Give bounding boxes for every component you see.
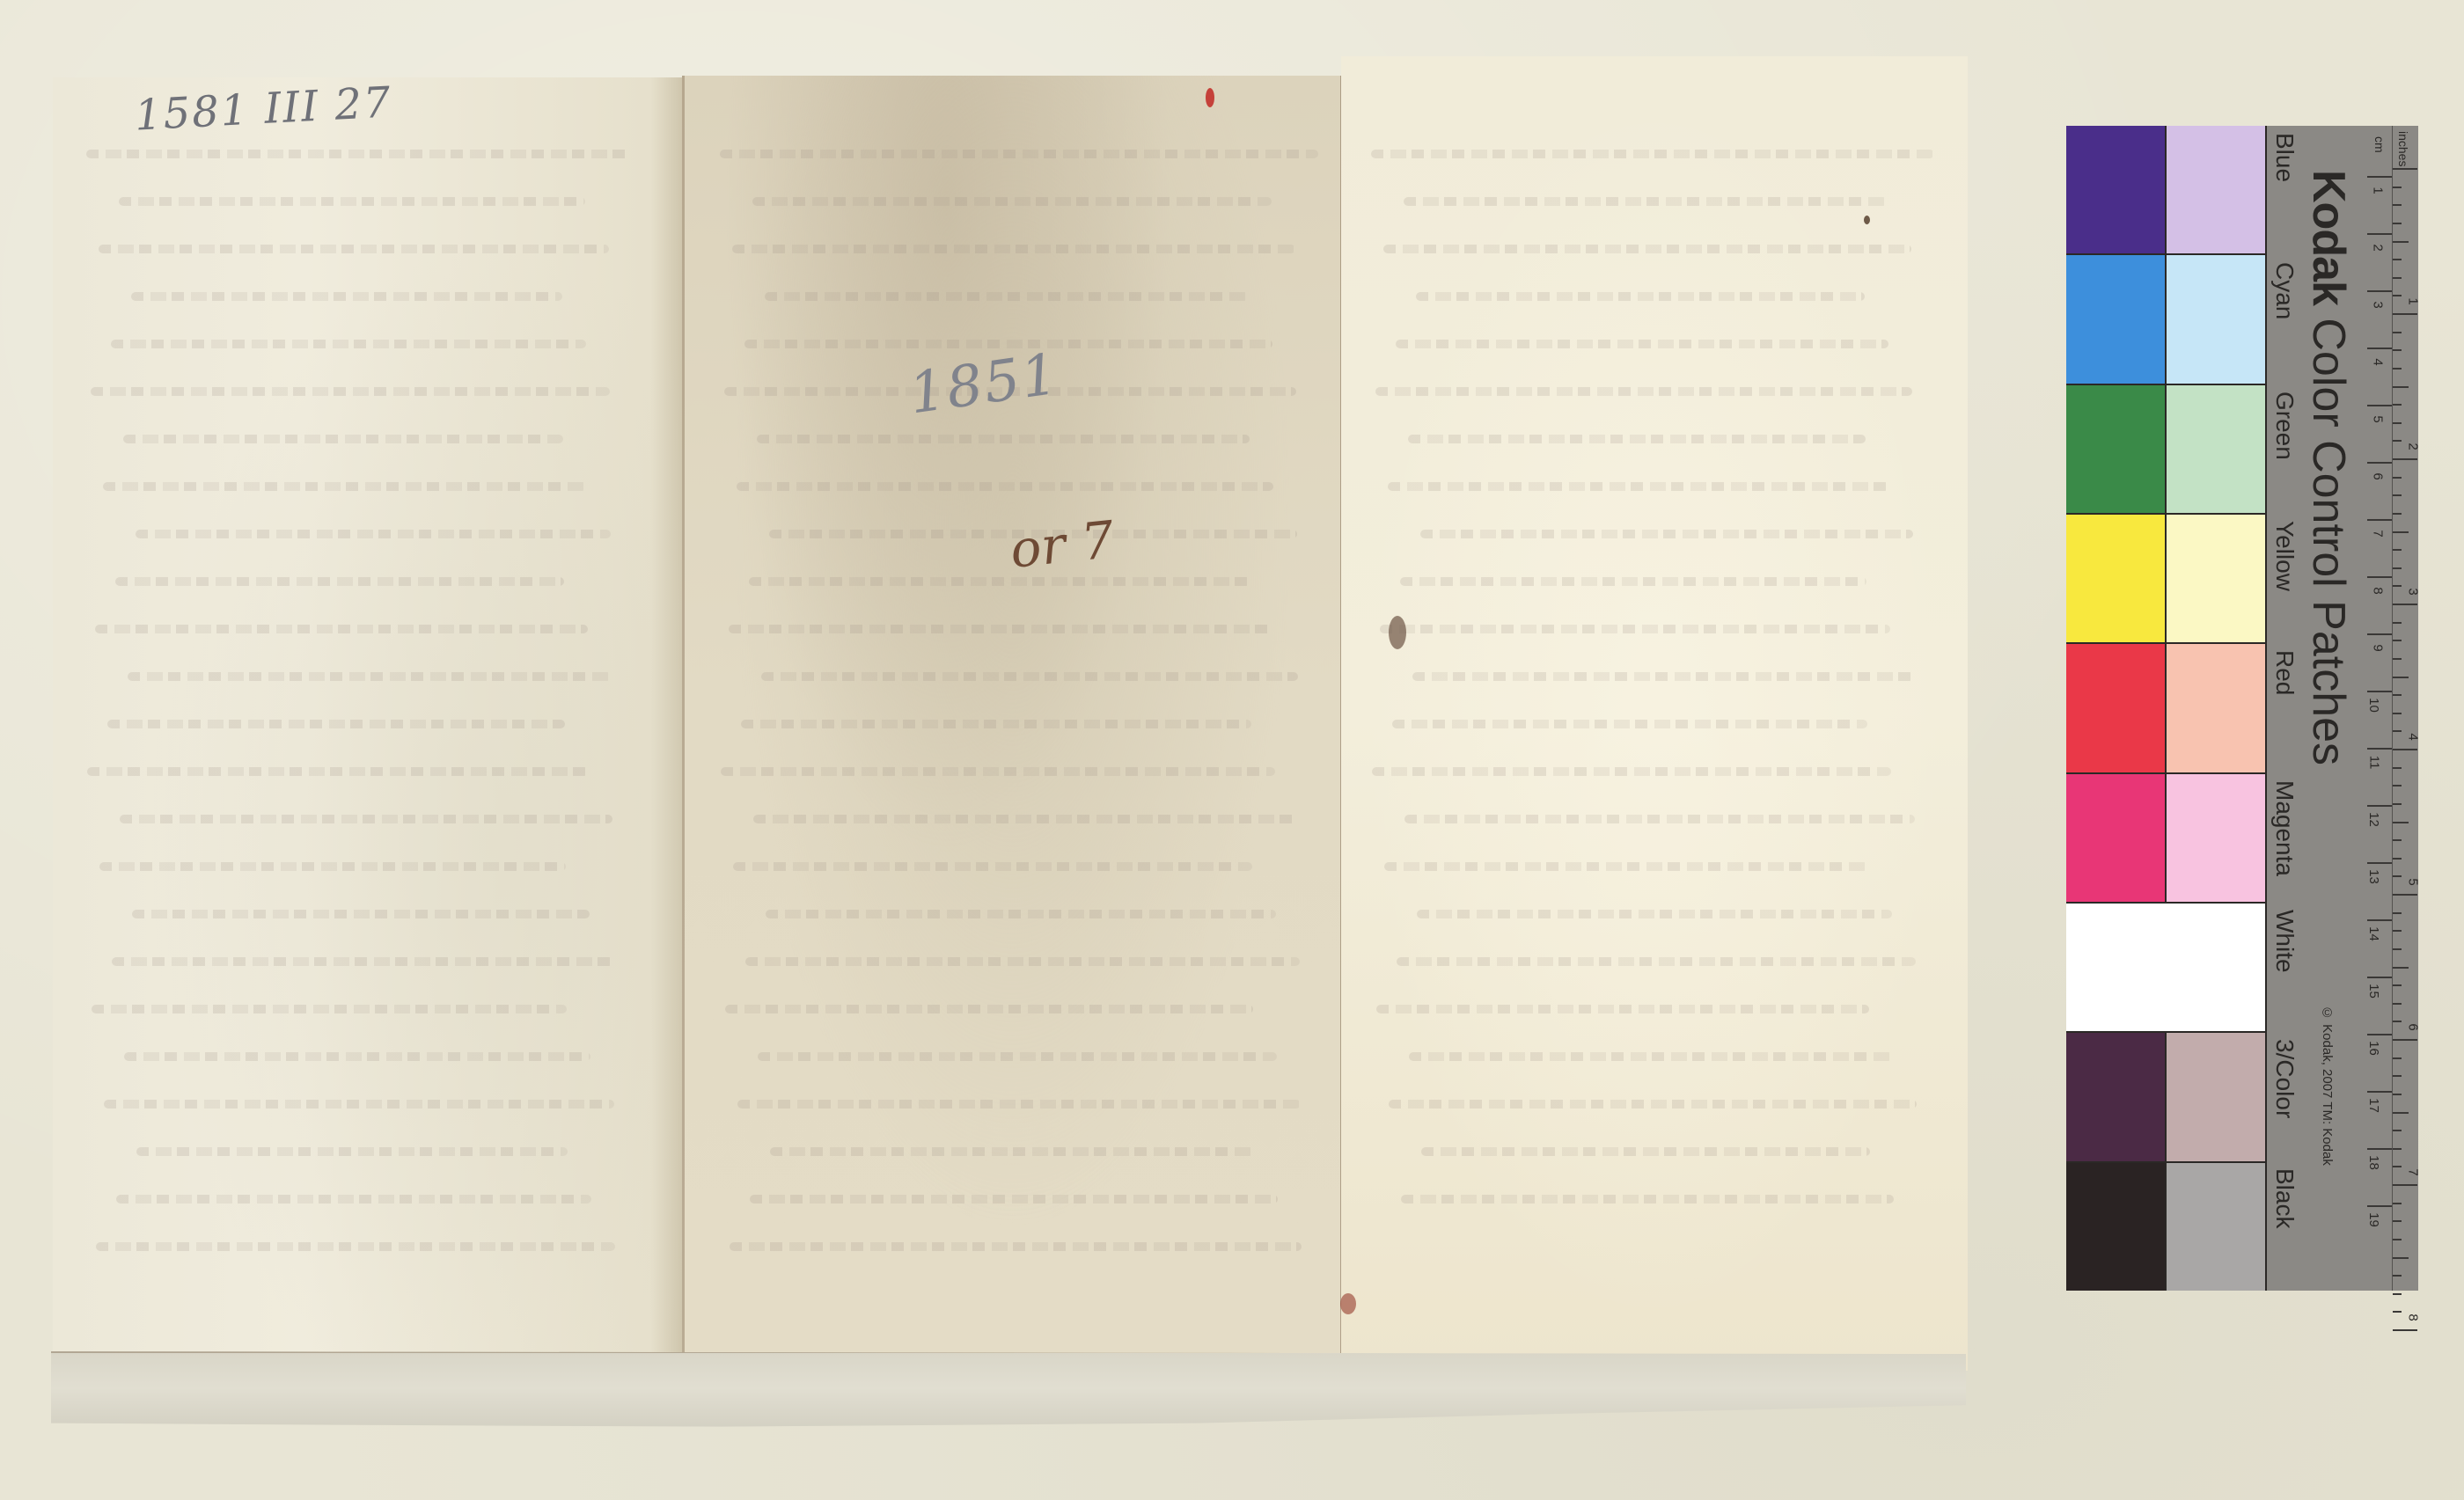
cm-tick <box>2367 1091 2392 1093</box>
inch-tick <box>2393 967 2409 969</box>
bleed-through-line <box>1375 387 1912 396</box>
cm-tick-label: 13 <box>2366 869 2381 884</box>
inch-tick-label: 5 <box>2405 878 2420 885</box>
inch-tick <box>2393 531 2409 533</box>
bleed-through-line <box>730 1242 1302 1251</box>
cm-tick-label: 17 <box>2366 1098 2381 1113</box>
bleed-through-line <box>1397 957 1916 966</box>
inch-tick <box>2393 549 2402 551</box>
inch-tick-label: 7 <box>2405 1168 2420 1175</box>
patch-black-light <box>2167 1163 2267 1291</box>
bleed-through-line <box>752 197 1272 206</box>
cm-tick <box>2367 862 2392 864</box>
inch-tick <box>2393 368 2402 370</box>
inch-tick-label: 2 <box>2405 443 2420 450</box>
patch-3-color-light <box>2167 1033 2267 1160</box>
bleed-through-line <box>92 1005 567 1013</box>
cm-tick <box>2367 919 2392 921</box>
parchment-middle-panel <box>682 76 1344 1353</box>
inch-tick <box>2393 1039 2417 1041</box>
cm-tick-label: 1 <box>2370 187 2385 194</box>
inch-tick <box>2393 658 2402 660</box>
patch-row-green <box>2066 385 2267 515</box>
inch-tick <box>2393 894 2417 896</box>
patch-blue-dark <box>2066 126 2167 253</box>
ink-note: or 7 <box>1008 509 1117 580</box>
bleed-through-line <box>1404 197 1888 206</box>
bleed-through-line <box>131 292 562 301</box>
inch-tick <box>2393 1148 2402 1150</box>
cm-tick <box>2367 348 2392 349</box>
bleed-through-line <box>107 720 565 728</box>
inch-tick <box>2393 839 2402 841</box>
bleed-through-line <box>1416 292 1865 301</box>
inch-tick <box>2393 767 2402 769</box>
bleed-through-line <box>136 530 611 538</box>
bleed-through-line <box>104 1100 614 1109</box>
inch-tick <box>2393 295 2402 296</box>
kodak-copyright: © Kodak, 2007 TM: Kodak <box>2320 1006 2335 1166</box>
patch-blue-light <box>2167 126 2267 253</box>
stain-bottom-red <box>1340 1293 1356 1314</box>
inch-tick <box>2393 1329 2417 1331</box>
cm-tick <box>2367 691 2392 692</box>
bleed-through-line <box>136 1147 568 1156</box>
inch-tick-label: 1 <box>2405 297 2420 304</box>
patch-label: 3/Color <box>2270 1039 2299 1118</box>
bleed-through-line <box>745 957 1300 966</box>
inch-tick <box>2393 1003 2402 1005</box>
patch-magenta-dark <box>2066 774 2167 902</box>
kodak-brand-title: Kodak Color Control Patches <box>2302 170 2355 765</box>
patch-row-3-color <box>2066 1033 2267 1162</box>
inch-tick <box>2393 713 2402 714</box>
inch-tick <box>2393 513 2402 515</box>
inch-tick-label: 6 <box>2405 1023 2420 1030</box>
cm-tick <box>2367 405 2392 406</box>
inch-tick <box>2393 1275 2402 1277</box>
kodak-color-control-strip: cm Kodak Color Control Patches © Kodak, … <box>2066 126 2418 1291</box>
patch-label: Green <box>2270 391 2299 460</box>
cm-tick <box>2367 977 2392 978</box>
stain-brown <box>1389 616 1406 649</box>
inch-tick <box>2393 1184 2417 1186</box>
bleed-through-line <box>757 435 1250 443</box>
cm-tick <box>2367 519 2392 521</box>
patch-cyan-dark <box>2066 255 2167 383</box>
bleed-through-line <box>1384 862 1868 871</box>
bleed-through-line <box>1388 482 1889 491</box>
parchment-bottom-fold-flap <box>51 1351 1966 1441</box>
bleed-through-line <box>1417 910 1892 918</box>
inch-tick <box>2393 567 2402 569</box>
inch-tick <box>2393 1220 2402 1222</box>
inch-tick <box>2393 259 2402 260</box>
bleed-through-line <box>116 1195 591 1204</box>
inch-tick <box>2393 1203 2402 1204</box>
patch-cyan-light <box>2167 255 2267 383</box>
bleed-through-line <box>721 767 1275 776</box>
patch-3-color-dark <box>2066 1033 2167 1160</box>
stain-red-wax <box>1206 88 1214 107</box>
inch-tick <box>2393 204 2402 206</box>
bleed-through-line <box>758 1052 1277 1061</box>
bleed-through-line <box>1404 815 1915 823</box>
cm-tick-label: 8 <box>2370 587 2385 594</box>
bleed-through-line <box>744 340 1272 348</box>
bleed-through-line <box>766 910 1276 918</box>
patch-green-dark <box>2066 385 2167 513</box>
inch-tick <box>2393 1130 2402 1131</box>
inch-tick <box>2393 948 2402 950</box>
inch-tick <box>2393 622 2402 624</box>
bleed-through-line <box>1408 435 1866 443</box>
bleed-through-line <box>1401 1195 1894 1204</box>
bleed-through-line <box>112 957 613 966</box>
patch-black-dark <box>2066 1163 2167 1291</box>
cm-tick-label: 14 <box>2366 926 2381 941</box>
inch-tick <box>2393 349 2402 351</box>
parchment-left-panel <box>53 77 682 1353</box>
patch-label: Magenta <box>2270 780 2299 876</box>
bleed-through-line <box>1383 245 1911 253</box>
inch-tick <box>2393 694 2402 696</box>
bleed-through-line <box>737 482 1273 491</box>
inch-tick <box>2393 494 2402 496</box>
cm-tick <box>2367 462 2392 464</box>
inches-unit-label: inches <box>2396 131 2410 166</box>
cm-tick <box>2367 1148 2392 1150</box>
inch-tick <box>2393 604 2417 605</box>
inch-tick <box>2393 458 2417 460</box>
inch-tick <box>2393 440 2402 442</box>
inch-tick <box>2393 404 2402 406</box>
cm-tick <box>2367 1205 2392 1207</box>
inch-tick <box>2393 1094 2402 1095</box>
inch-tick <box>2393 1239 2402 1240</box>
patch-row-blue <box>2066 126 2267 255</box>
cm-tick <box>2367 805 2392 807</box>
bleed-through-line <box>128 672 612 681</box>
bleed-through-line <box>1372 767 1891 776</box>
color-patch-grid <box>2066 126 2267 1291</box>
bleed-through-line <box>1420 530 1913 538</box>
inch-tick-label: 3 <box>2405 588 2420 595</box>
patch-row-red <box>2066 644 2267 773</box>
cm-tick <box>2367 633 2392 635</box>
inch-tick <box>2393 223 2402 224</box>
bleed-through-line <box>725 1005 1253 1013</box>
patch-label: Blue <box>2270 133 2299 182</box>
patch-row-magenta <box>2066 774 2267 904</box>
stain-dot <box>1864 216 1870 224</box>
inch-ruler: inches 12345678 <box>2393 126 2418 1291</box>
cm-tick <box>2367 1034 2392 1035</box>
cm-tick <box>2367 233 2392 235</box>
bleed-through-line <box>1409 1052 1893 1061</box>
cm-tick <box>2367 576 2392 578</box>
bleed-through-line <box>1400 577 1866 586</box>
cm-unit-label: cm <box>2372 136 2387 153</box>
inch-tick-label: 4 <box>2405 733 2420 740</box>
patch-red-dark <box>2066 644 2167 772</box>
patch-row-cyan <box>2066 255 2267 384</box>
bleed-through-line <box>749 577 1250 586</box>
inch-tick <box>2393 386 2409 388</box>
inch-tick <box>2393 1293 2402 1295</box>
inch-tick <box>2393 1166 2402 1167</box>
inch-tick <box>2393 730 2402 732</box>
bleed-through-line <box>720 150 1318 158</box>
bleed-through-line <box>99 245 609 253</box>
band-labels: cm Kodak Color Control Patches © Kodak, … <box>2267 126 2393 1291</box>
bleed-through-line <box>750 1195 1278 1204</box>
inch-tick <box>2393 875 2402 877</box>
parchment-document: 1581 III 27 1851 or 7 <box>51 53 1969 1443</box>
bleed-through-line <box>732 245 1295 253</box>
bleed-through-line <box>761 672 1298 681</box>
inch-tick <box>2393 1311 2402 1313</box>
cm-tick <box>2367 176 2392 178</box>
inch-tick <box>2393 1057 2402 1059</box>
bleed-through-line <box>111 340 586 348</box>
patch-green-light <box>2167 385 2267 513</box>
cm-tick-label: 12 <box>2366 812 2381 827</box>
cm-tick <box>2367 748 2392 750</box>
cm-tick-label: 3 <box>2370 301 2385 308</box>
cm-tick-label: 19 <box>2366 1212 2381 1227</box>
cm-tick-label: 16 <box>2366 1041 2381 1056</box>
inch-tick <box>2393 803 2402 805</box>
bleed-through-line <box>765 292 1249 301</box>
bleed-through-line <box>124 1052 590 1061</box>
bleed-through-line <box>1389 1100 1917 1109</box>
inch-tick <box>2393 332 2402 333</box>
inch-tick <box>2393 640 2402 641</box>
label-band: cm Kodak Color Control Patches © Kodak, … <box>2267 126 2418 1291</box>
patch-row-white <box>2066 904 2267 1033</box>
inch-tick <box>2393 241 2409 243</box>
inch-tick <box>2393 1021 2402 1022</box>
bleed-through-line <box>115 577 564 586</box>
patch-label: Yellow <box>2270 521 2299 591</box>
cm-tick-label: 2 <box>2370 244 2385 251</box>
bleed-through-line <box>120 815 612 823</box>
patch-red-light <box>2167 644 2267 772</box>
inch-tick-label: 8 <box>2405 1313 2420 1321</box>
inch-tick <box>2393 422 2402 424</box>
inch-tick <box>2393 677 2409 678</box>
inch-tick <box>2393 313 2417 315</box>
cm-tick-label: 5 <box>2370 415 2385 422</box>
bleed-through-line <box>87 767 589 776</box>
inch-tick <box>2393 785 2402 787</box>
parchment-right-panel <box>1341 56 1968 1371</box>
cm-tick-label: 6 <box>2370 472 2385 479</box>
patch-yellow-light <box>2167 515 2267 642</box>
inch-tick <box>2393 477 2402 479</box>
inch-tick <box>2393 1112 2409 1114</box>
inch-tick <box>2393 749 2417 750</box>
bleed-through-line <box>132 910 590 918</box>
inch-tick <box>2393 277 2402 279</box>
bleed-through-line <box>86 150 632 158</box>
bleed-through-line <box>1371 150 1934 158</box>
bleed-through-line <box>770 1147 1254 1156</box>
inch-tick <box>2393 822 2409 823</box>
kodak-title-rest: Color Control Patches <box>2303 318 2354 765</box>
bleed-through-line <box>91 387 610 396</box>
inch-tick <box>2393 1075 2402 1077</box>
patch-label: Cyan <box>2270 262 2299 319</box>
bleed-through-line <box>1412 672 1914 681</box>
inch-tick <box>2393 930 2402 932</box>
cm-tick-label: 11 <box>2367 756 2382 770</box>
inch-tick <box>2393 585 2402 587</box>
inch-tick <box>2393 187 2402 188</box>
patch-label: Red <box>2270 650 2299 695</box>
bleed-through-line <box>1396 340 1888 348</box>
bleed-through-line <box>737 1100 1301 1109</box>
patch-label: White <box>2270 910 2299 973</box>
patch-row-yellow <box>2066 515 2267 644</box>
bleed-through-line <box>1376 1005 1869 1013</box>
inch-tick <box>2393 1257 2409 1259</box>
patch-white <box>2066 904 2267 1031</box>
cm-tick <box>2367 290 2392 292</box>
bleed-through-line <box>103 482 587 491</box>
patch-magenta-light <box>2167 774 2267 902</box>
bleed-through-line <box>1392 720 1867 728</box>
cm-tick-label: 4 <box>2370 358 2385 365</box>
bleed-through-line <box>95 625 588 633</box>
inch-tick <box>2393 912 2402 914</box>
cm-tick-label: 9 <box>2370 644 2385 651</box>
bleed-through-line <box>753 815 1299 823</box>
patch-row-black <box>2066 1163 2267 1291</box>
bleed-through-line <box>119 197 585 206</box>
bleed-through-line <box>729 625 1274 633</box>
patch-label: Black <box>2270 1168 2299 1228</box>
inch-tick <box>2393 168 2417 170</box>
bleed-through-line <box>123 435 563 443</box>
cm-tick-label: 7 <box>2370 530 2385 537</box>
cm-tick-label: 10 <box>2366 698 2381 713</box>
bleed-through-line <box>96 1242 615 1251</box>
bleed-through-line <box>1380 625 1890 633</box>
cm-tick-label: 18 <box>2366 1155 2381 1170</box>
inch-tick <box>2393 858 2402 860</box>
bleed-through-line <box>741 720 1251 728</box>
inch-tick <box>2393 984 2402 986</box>
kodak-logo-text: Kodak <box>2303 170 2354 305</box>
bleed-through-line <box>733 862 1252 871</box>
patch-yellow-dark <box>2066 515 2167 642</box>
bleed-through-line <box>1421 1147 1870 1156</box>
cm-tick-label: 15 <box>2366 984 2381 999</box>
bleed-through-line <box>99 862 566 871</box>
